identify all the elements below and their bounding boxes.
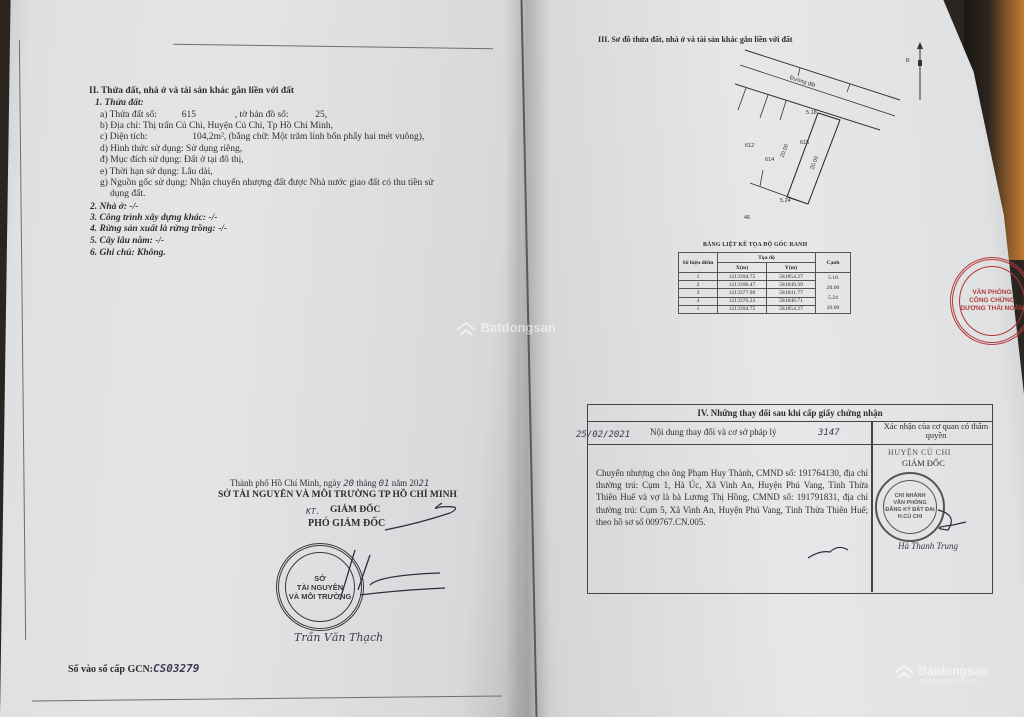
field-value: Sử dụng riêng, xyxy=(186,144,242,154)
item-other-works: 3. Công trình xây dựng khác: -/- xyxy=(90,213,217,225)
document-photo: II. Thửa đất, nhà ở và tài sản khác gắn … xyxy=(0,0,1024,717)
field-label: g) Nguồn gốc sử dụng: xyxy=(100,178,187,188)
field-value: Đất ở tại đô thị, xyxy=(184,155,244,165)
table-row: 11213394.75581854.275.1820.005.2420.00 xyxy=(679,273,851,281)
field-value: 104,2m², (bằng chữ: Một trăm linh bốn ph… xyxy=(192,132,424,142)
coord-table-title: BẢNG LIỆT KÊ TỌA ĐỘ GÓC RANH xyxy=(703,242,807,248)
cell-point: 4 xyxy=(679,297,718,305)
item-value: -/- xyxy=(155,236,164,246)
date-month: 01 xyxy=(379,479,390,489)
date-year: 21 xyxy=(418,479,429,489)
col-coord: Tọa độ xyxy=(718,253,816,263)
year-label: năm 20 xyxy=(392,478,419,488)
field-use-term: e) Thời hạn sử dụng: Lâu dài, xyxy=(100,167,213,179)
cell-x: 1213394.75 xyxy=(718,273,767,281)
cell-point: 1 xyxy=(679,273,718,281)
register-number: Số vào sổ cấp GCN:CS03279 xyxy=(68,663,199,676)
item-label: 5. Cây lâu năm: xyxy=(90,236,153,246)
col-confirm-header: Xác nhận của cơ quan có thẩm quyền xyxy=(881,422,991,440)
col-point: Số hiệu điểm xyxy=(679,253,718,273)
cell-point: 1 xyxy=(679,305,718,313)
item-note: 6. Ghi chú: Không. xyxy=(90,248,166,260)
field-origin-cont: dụng đất. xyxy=(110,189,145,201)
director-title: GIÁM ĐỐC xyxy=(330,505,380,517)
item-value: -/- xyxy=(208,213,217,223)
field-use-form: d) Hình thức sử dụng: Sử dụng riêng, xyxy=(100,144,242,156)
coord-table: Số hiệu điểm Tọa độ Cạnh X(m) Y(m) 11213… xyxy=(678,252,851,314)
cell-edges: 5.1820.005.2420.00 xyxy=(816,273,851,314)
changes-title: IV. Những thay đổi sau khi cấp giấy chứn… xyxy=(588,405,992,422)
parcel-diagram xyxy=(700,40,940,210)
watermark-sub: BY PROPERTYGURU xyxy=(919,680,988,686)
col-y: Y(m) xyxy=(767,263,816,273)
brand-logo-icon xyxy=(893,664,915,680)
register-value: CS03279 xyxy=(153,662,199,675)
cell-x: 1213377.98 xyxy=(718,289,767,297)
cell-y: 581841.77 xyxy=(767,289,816,297)
field-label: c) Diện tích: xyxy=(100,132,147,142)
cell-point: 3 xyxy=(679,289,718,297)
field-label: , tờ bản đồ số: xyxy=(235,110,289,120)
subsection-land-title: 1. Thửa đất: xyxy=(95,98,144,110)
field-label: d) Hình thức sử dụng: xyxy=(100,144,184,154)
field-label: a) Thửa đất số: xyxy=(100,110,157,120)
date-day: 20 xyxy=(343,479,354,489)
register-label: Số vào sổ cấp GCN: xyxy=(68,664,153,675)
edge-label-top: 5.18 xyxy=(806,110,817,116)
place-date-line: Thành phố Hồ Chí Minh, ngày 20 tháng 01 … xyxy=(230,478,429,491)
field-parcel-number: a) Thửa đất số: 615 , tờ bản đồ số: 25, xyxy=(100,110,327,122)
item-value: -/- xyxy=(218,224,227,234)
item-forest: 4. Rừng sản xuất là rừng trồng: -/- xyxy=(90,224,227,236)
edge-label-bottom: 5.24 xyxy=(780,198,791,204)
signature-scribble xyxy=(330,545,450,605)
field-origin: g) Nguồn gốc sử dụng: Nhận chuyển nhượng… xyxy=(100,178,433,190)
brand-logo-icon xyxy=(455,321,477,337)
col-edge: Cạnh xyxy=(816,253,851,273)
section-ii-title: II. Thửa đất, nhà ở và tài sản khác gắn … xyxy=(89,86,294,98)
parcel-label-614: 614 xyxy=(765,157,774,163)
item-label: 2. Nhà ở: xyxy=(90,202,127,212)
signer-name: Trần Văn Thạch xyxy=(294,632,383,644)
edge-value: 5.18 xyxy=(828,275,838,281)
item-label: 6. Ghi chú: xyxy=(90,248,135,258)
cell-x: 1213376.23 xyxy=(718,297,767,305)
field-value: Lâu dài, xyxy=(182,167,213,177)
place-date-prefix: Thành phố Hồ Chí Minh, ngày xyxy=(230,478,341,488)
parcel-label-46: 46 xyxy=(744,215,750,221)
item-perennial: 5. Cây lâu năm: -/- xyxy=(90,236,164,248)
confirm-role: GIÁM ĐỐC xyxy=(902,458,945,470)
watermark-corner: Batdongsan BY PROPERTYGURU xyxy=(893,664,988,686)
confirm-agency: HUYỆN CỦ CHI xyxy=(888,447,951,459)
field-label: b) Địa chỉ: xyxy=(100,121,141,131)
handwritten-ref: 3147 xyxy=(818,428,840,440)
cell-x: 1213394.75 xyxy=(718,305,767,313)
item-label: 3. Công trình xây dựng khác: xyxy=(90,213,206,223)
deputy-director-title: PHÓ GIÁM ĐỐC xyxy=(308,518,385,530)
parcel-label-615: 615 xyxy=(800,140,809,146)
handwritten-date: 25/02/2021 xyxy=(576,430,630,442)
field-label: e) Thời hạn sử dụng: xyxy=(100,167,179,177)
field-value: Thị trấn Củ Chi, Huyện Củ Chi, Tp Hồ Chí… xyxy=(143,121,333,131)
cell-y: 581846.71 xyxy=(767,297,816,305)
cell-y: 581849.39 xyxy=(767,281,816,289)
cell-point: 2 xyxy=(679,281,718,289)
edge-value: 5.24 xyxy=(828,295,838,301)
field-value: Nhận chuyển nhượng đất được Nhà nước gia… xyxy=(190,178,434,188)
changes-header-row: Nội dung thay đổi và cơ sở pháp lý 25/02… xyxy=(588,422,992,445)
north-label: B xyxy=(906,58,910,64)
edge-value: 20.00 xyxy=(827,305,840,311)
cell-x: 1213396.47 xyxy=(718,281,767,289)
field-label: đ) Mục đích sử dụng: xyxy=(100,155,182,165)
field-use-purpose: đ) Mục đích sử dụng: Đất ở tại đô thị, xyxy=(100,155,244,167)
watermark-center: Batdongsan xyxy=(455,320,556,337)
left-page xyxy=(0,0,528,717)
signature-scribble-top xyxy=(380,495,470,535)
parcel-label-612: 612 xyxy=(745,143,754,149)
item-value: Không. xyxy=(137,248,166,258)
cell-y: 581854.27 xyxy=(767,305,816,313)
field-value: 25, xyxy=(315,110,327,120)
field-area: c) Diện tích: 104,2m², (bằng chữ: Một tr… xyxy=(100,132,424,144)
field-value: 615 xyxy=(182,110,196,120)
month-label: tháng xyxy=(356,478,376,488)
notary-stamp: VĂN PHÒNG CÔNG CHỨNG DƯƠNG THÁI NGÂN xyxy=(950,257,1024,345)
watermark-brand: Batdongsan xyxy=(481,320,556,335)
field-address: b) Địa chỉ: Thị trấn Củ Chi, Huyện Củ Ch… xyxy=(100,121,333,133)
item-label: 4. Rừng sản xuất là rừng trồng: xyxy=(90,224,216,234)
col-x: X(m) xyxy=(718,263,767,273)
change-signatures xyxy=(808,500,968,580)
stamp-ring xyxy=(959,266,1024,336)
watermark-brand: Batdongsan xyxy=(918,664,987,678)
kt-mark: KT. xyxy=(306,506,320,518)
item-value: -/- xyxy=(129,202,138,212)
cell-y: 581854.27 xyxy=(767,273,816,281)
item-house: 2. Nhà ở: -/- xyxy=(90,202,138,214)
edge-value: 20.00 xyxy=(827,285,840,291)
col-content-header: Nội dung thay đổi và cơ sở pháp lý xyxy=(650,427,777,439)
